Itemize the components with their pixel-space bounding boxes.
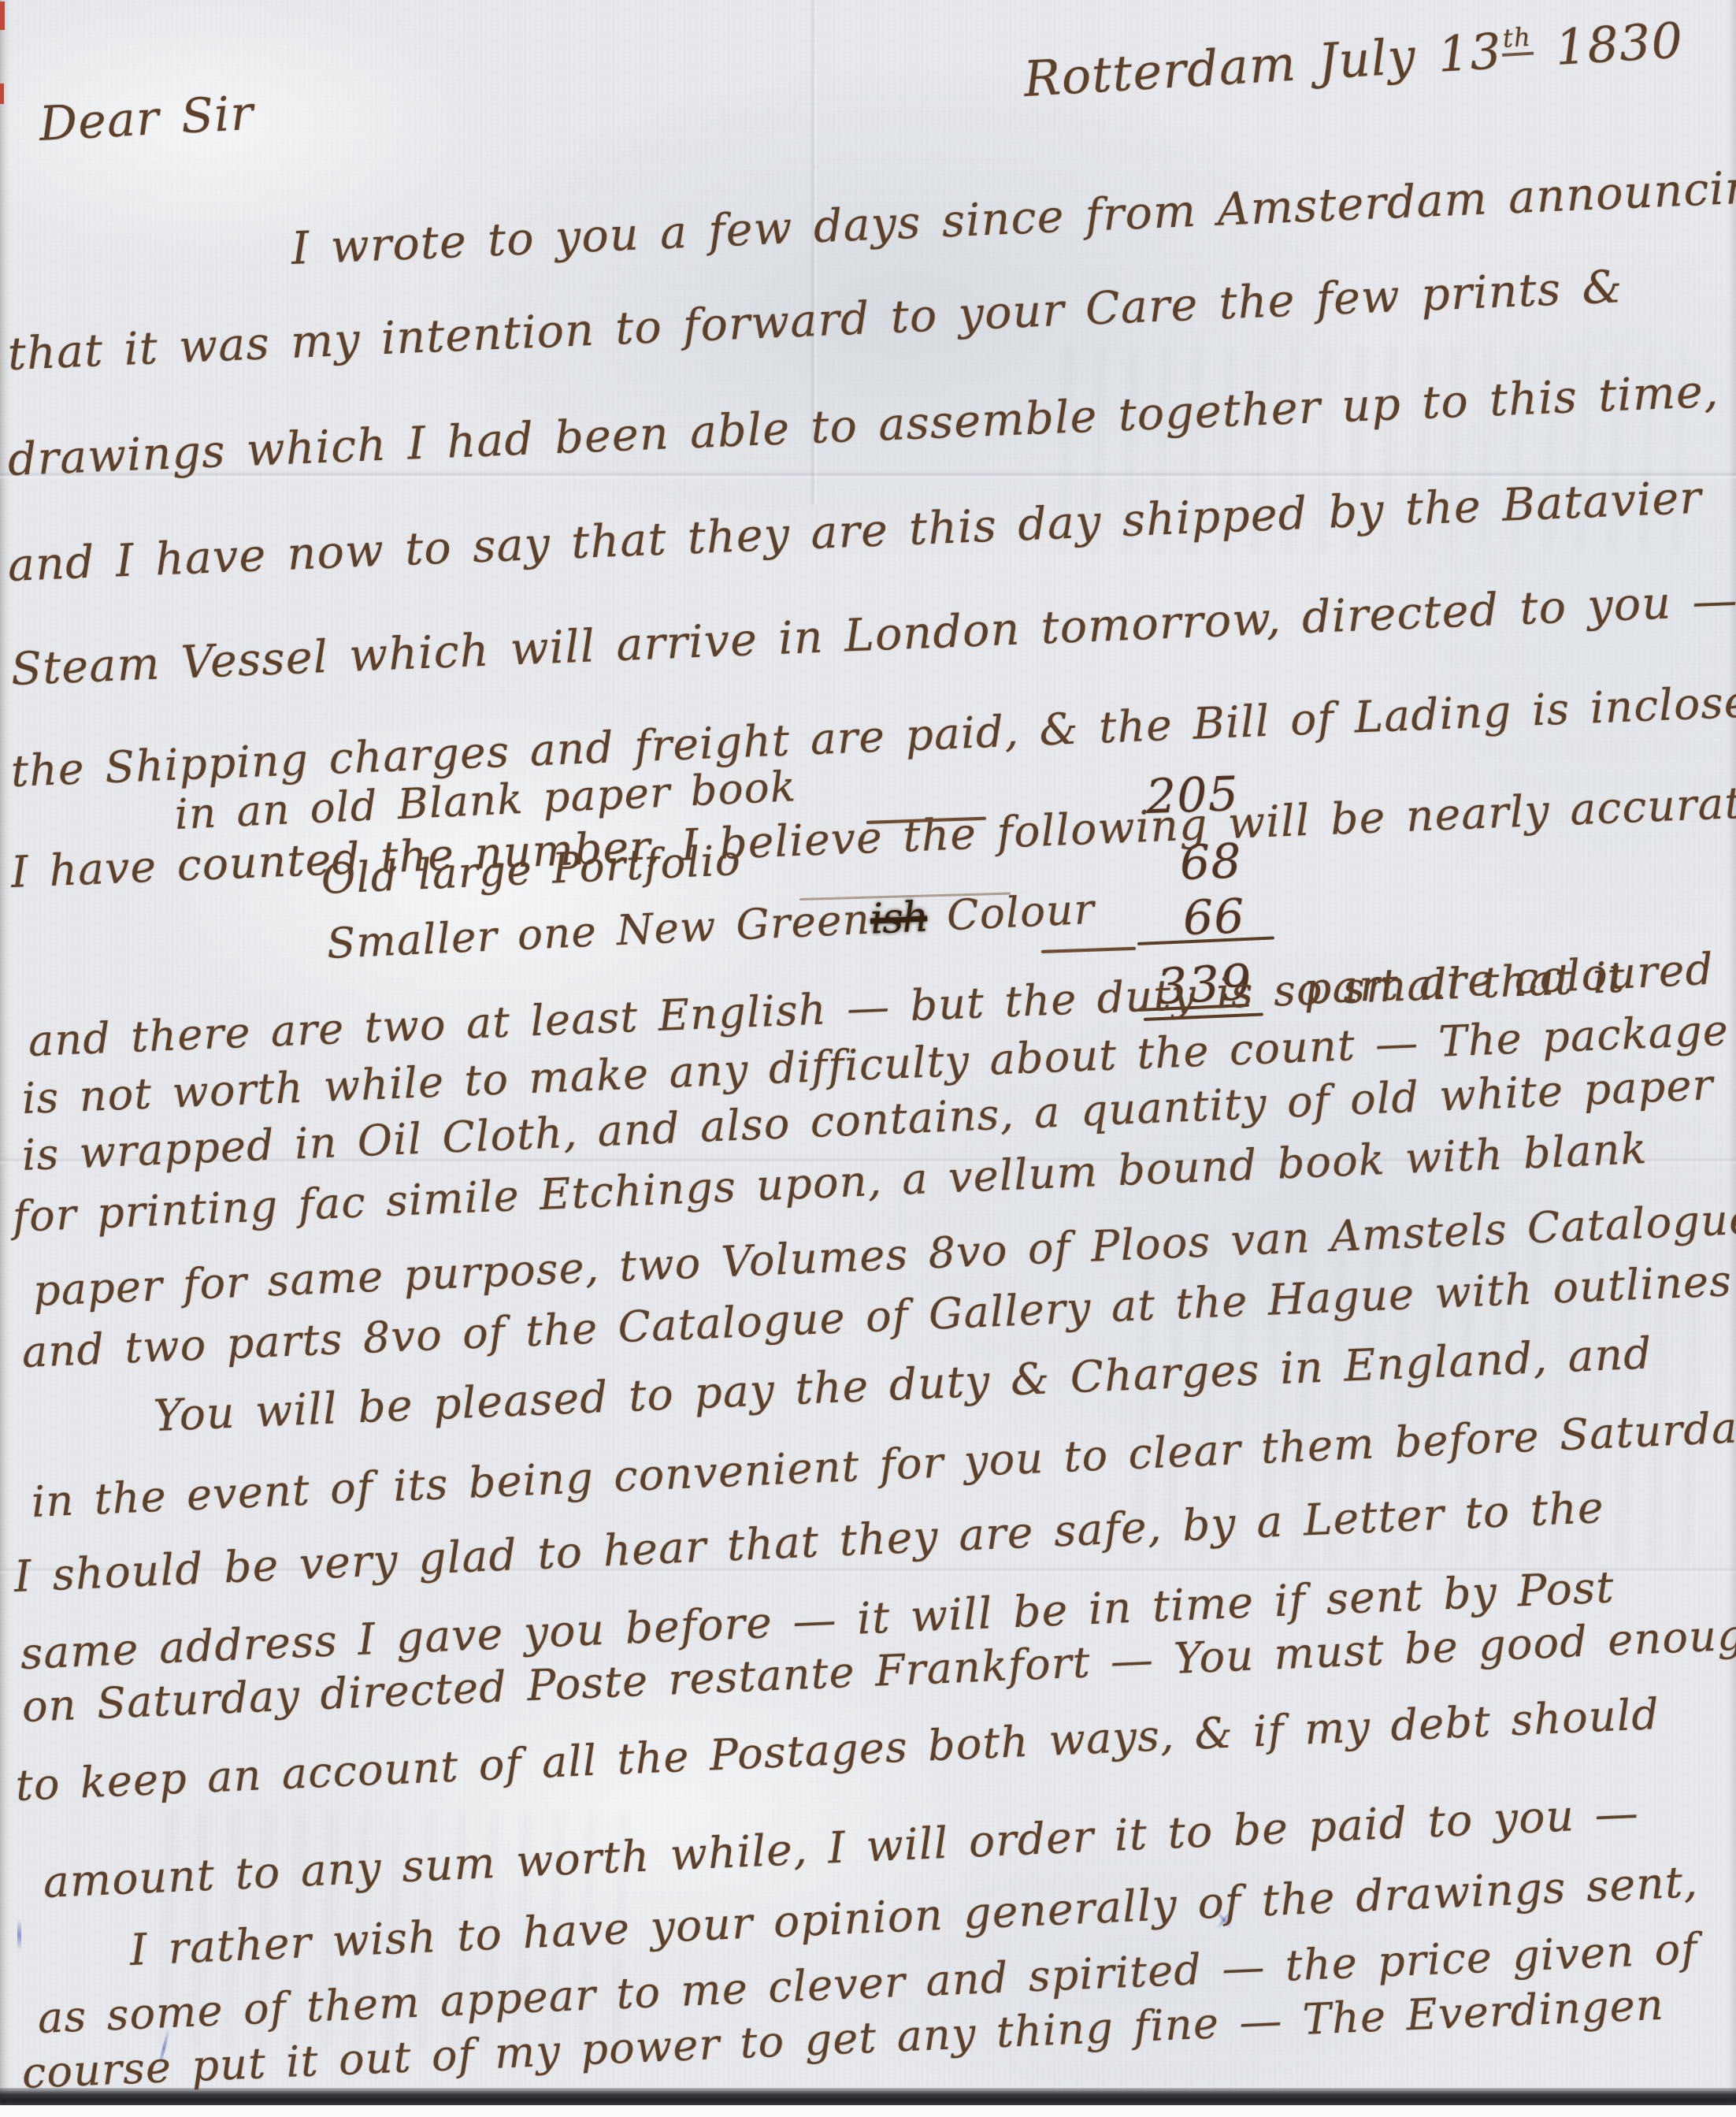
count-row-struck-word: ish — [869, 893, 928, 943]
count-row-value: 66 — [1182, 893, 1246, 942]
scan-red-artifact — [0, 84, 4, 104]
count-row-label-post: Colour — [946, 886, 1096, 940]
count-row-value: 68 — [1179, 838, 1243, 887]
salutation: Dear Sir — [38, 90, 254, 148]
dateline-year: 1830 — [1554, 11, 1686, 76]
paper-left-edge — [0, 0, 11, 2102]
scan-red-artifact — [0, 2, 5, 30]
count-row-value: 205 — [1145, 771, 1240, 821]
dateline-ordinal: th — [1500, 24, 1534, 58]
scanned-letter-page: { "letter": { "dateline": { "place_date"… — [0, 0, 1736, 2117]
scanner-edge-shadow — [0, 2088, 1736, 2107]
scanner-background — [0, 2105, 1736, 2117]
blue-ink-stray-mark — [17, 1916, 21, 1954]
